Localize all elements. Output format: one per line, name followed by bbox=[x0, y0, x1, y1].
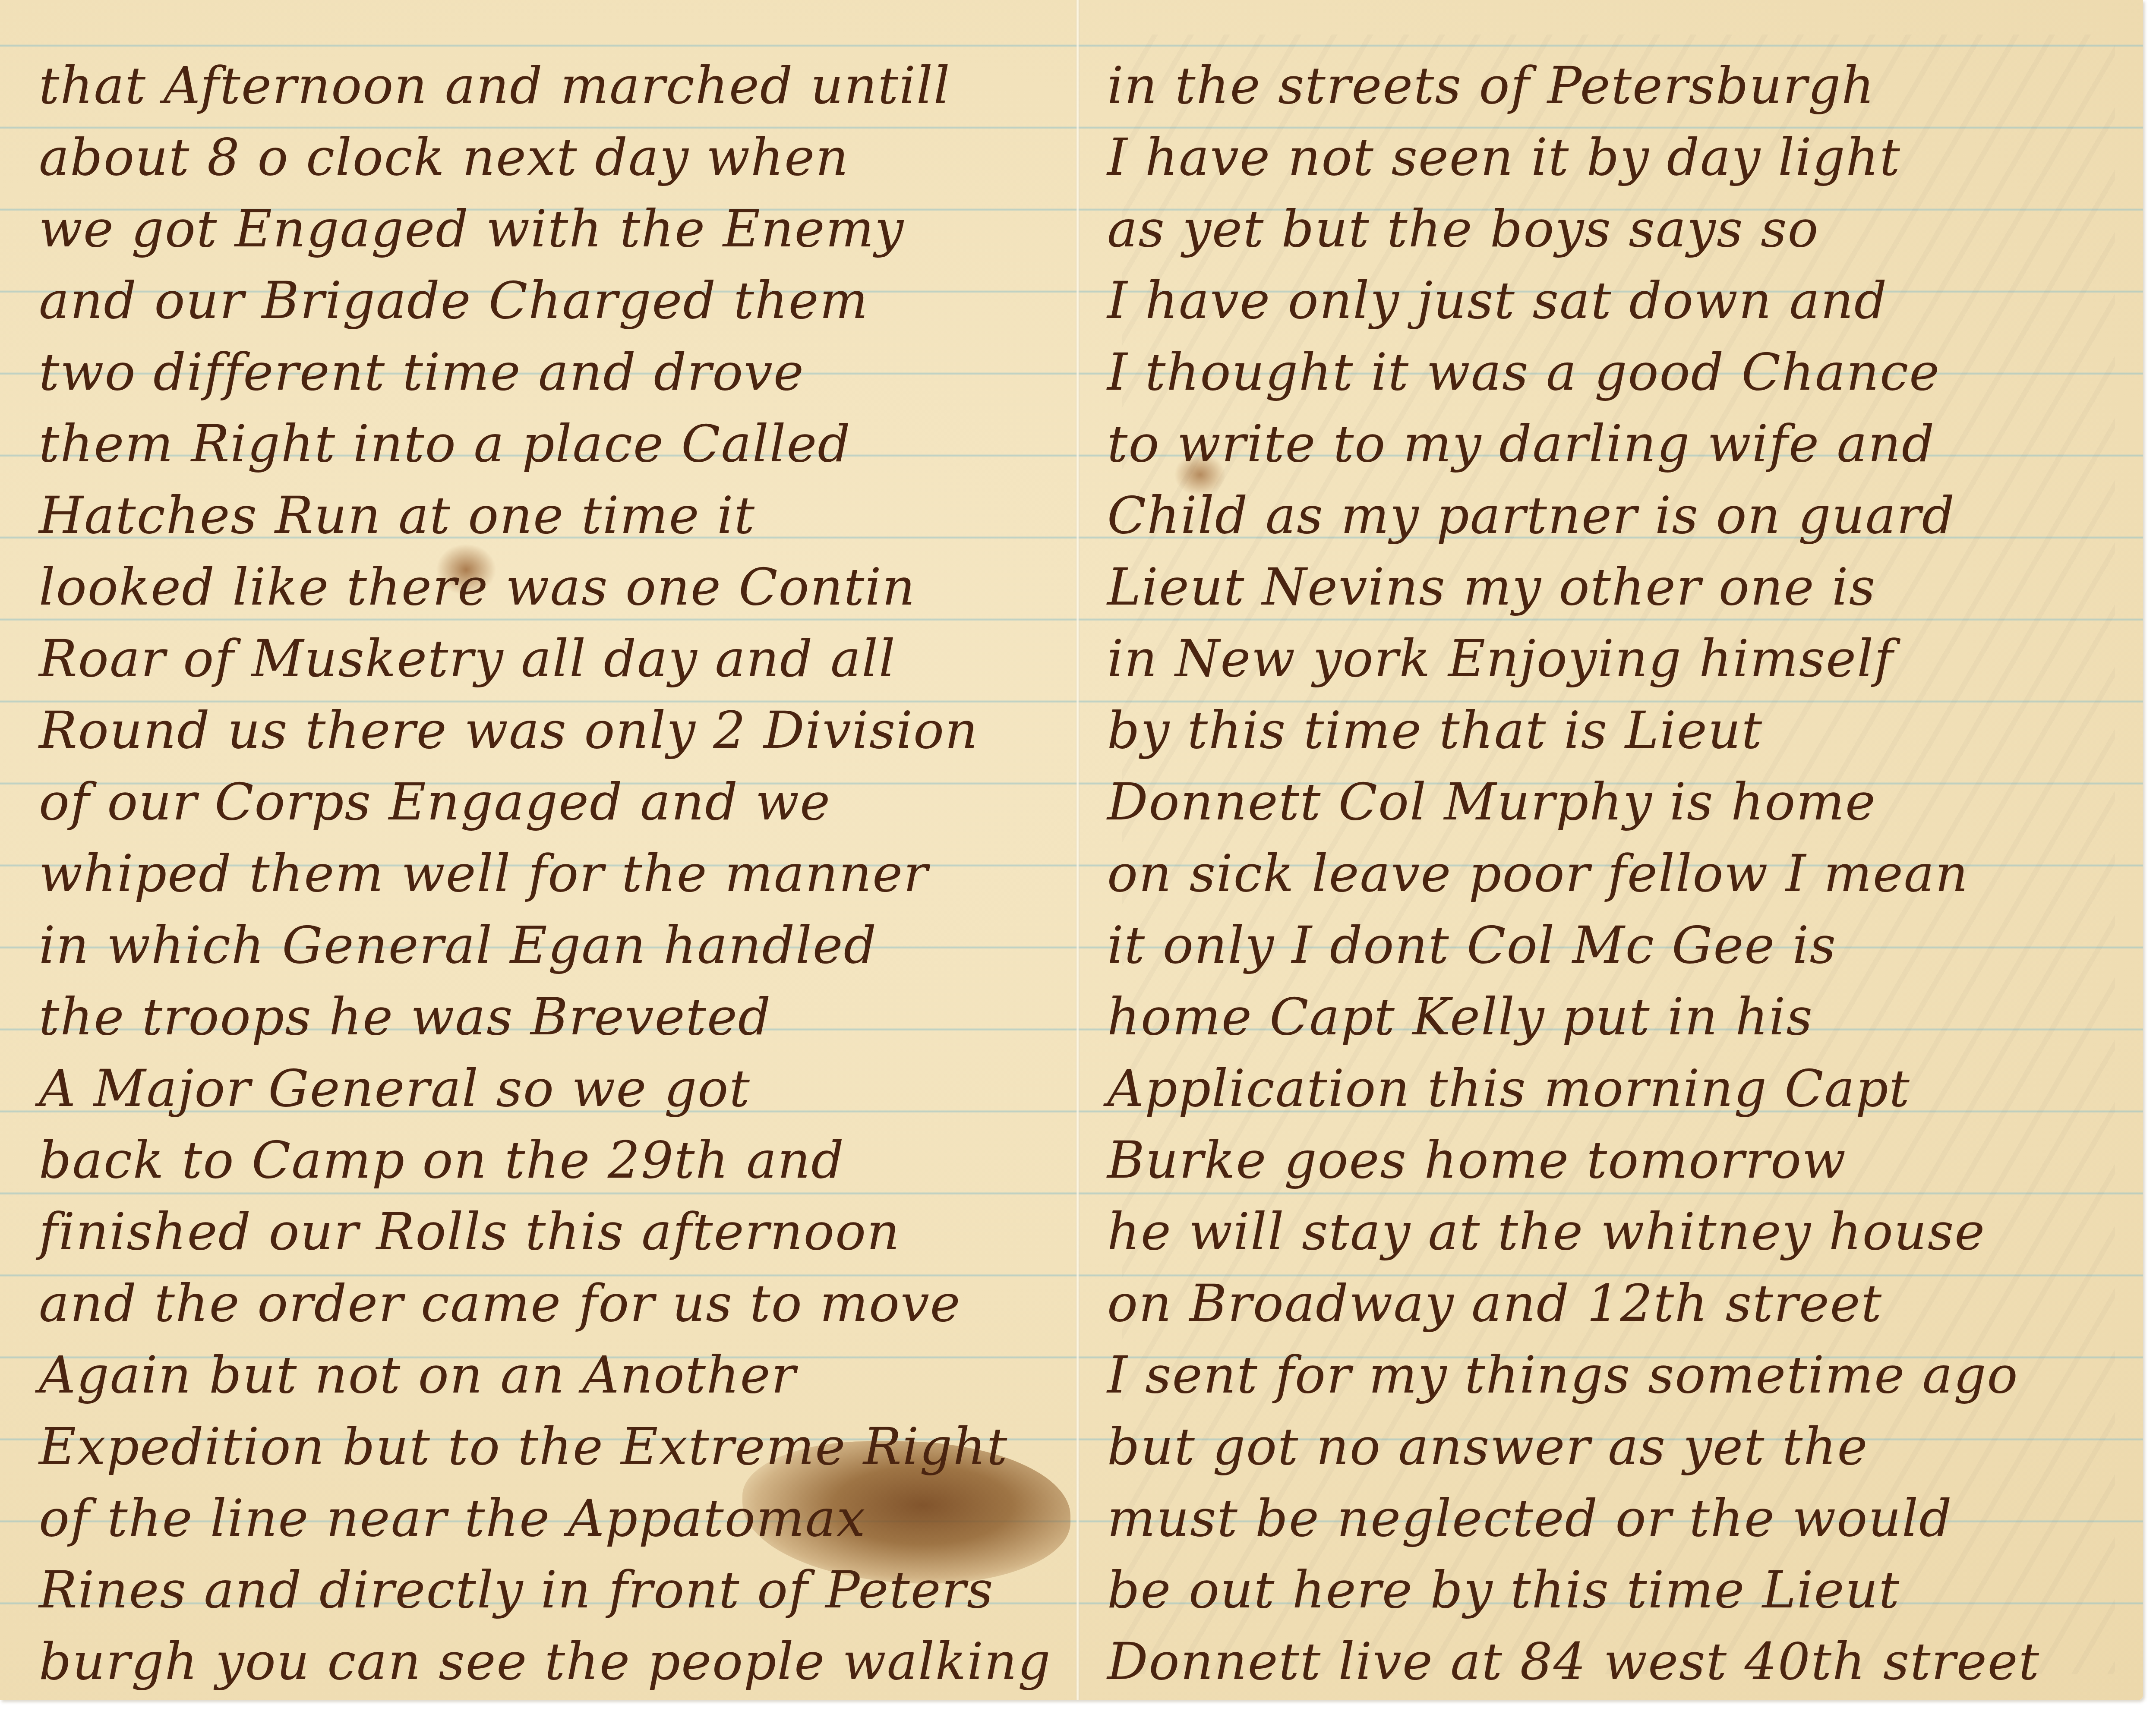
handwritten-line: A Major General so we got bbox=[39, 1049, 1066, 1127]
handwritten-line: I have only just sat down and bbox=[1107, 262, 2134, 339]
handwritten-line: them Right into a place Called bbox=[39, 405, 1066, 482]
handwritten-line: he will stay at the whitney house bbox=[1107, 1193, 2134, 1270]
handwritten-line: Burke goes home tomorrow bbox=[1107, 1121, 2134, 1199]
handwritten-line: home Capt Kelly put in his bbox=[1107, 978, 2134, 1056]
right-page: in the streets of PetersburghI have not … bbox=[1081, 0, 2143, 1700]
handwritten-line: in New york Enjoying himself bbox=[1107, 620, 2134, 697]
handwritten-line: two different time and drove bbox=[39, 333, 1066, 411]
handwritten-line: we got Engaged with the Enemy bbox=[39, 190, 1066, 268]
handwritten-line: Rines and directly in front of Peters bbox=[39, 1551, 1066, 1629]
handwritten-line: about 8 o clock next day when bbox=[39, 118, 1066, 196]
handwritten-line: but got no answer as yet the bbox=[1107, 1408, 2134, 1485]
handwritten-line: Child as my partner is on guard bbox=[1107, 476, 2134, 554]
handwritten-line: whiped them well for the manner bbox=[39, 835, 1066, 912]
handwritten-line: in the streets of Petersburgh bbox=[1107, 47, 2134, 124]
handwritten-line: of the line near the Appatomax bbox=[39, 1479, 1066, 1557]
handwritten-line: Expedition but to the Extreme Right bbox=[39, 1408, 1066, 1485]
handwritten-line: Round us there was only 2 Division bbox=[39, 691, 1066, 769]
handwritten-line: by this time that is Lieut bbox=[1107, 691, 2134, 769]
handwritten-line: Donnett Col Murphy is home bbox=[1107, 763, 2134, 841]
handwritten-line: and the order came for us to move bbox=[39, 1264, 1066, 1342]
handwritten-line: to write to my darling wife and bbox=[1107, 405, 2134, 482]
handwritten-line: Roar of Musketry all day and all bbox=[39, 620, 1066, 697]
center-fold bbox=[1076, 0, 1080, 1700]
handwritten-line: be out here by this time Lieut bbox=[1107, 1551, 2134, 1629]
handwritten-line: Again but not on an Another bbox=[39, 1336, 1066, 1414]
handwritten-line: must be neglected or the would bbox=[1107, 1479, 2134, 1557]
handwritten-line: that Afternoon and marched untill bbox=[39, 47, 1066, 124]
handwritten-line: I have not seen it by day light bbox=[1107, 118, 2134, 196]
handwritten-line: and our Brigade Charged them bbox=[39, 262, 1066, 339]
handwritten-line: as yet but the boys says so bbox=[1107, 190, 2134, 268]
handwritten-line: I thought it was a good Chance bbox=[1107, 333, 2134, 411]
handwritten-line: the troops he was Breveted bbox=[39, 978, 1066, 1056]
handwritten-line: back to Camp on the 29th and bbox=[39, 1121, 1066, 1199]
handwritten-line: Donnett live at 84 west 40th street bbox=[1107, 1623, 2134, 1700]
handwritten-line: finished our Rolls this afternoon bbox=[39, 1193, 1066, 1270]
handwritten-line: on sick leave poor fellow I mean bbox=[1107, 835, 2134, 912]
handwritten-line: of our Corps Engaged and we bbox=[39, 763, 1066, 841]
handwritten-line: I sent for my things sometime ago bbox=[1107, 1336, 2134, 1414]
left-page: that Afternoon and marched untillabout 8… bbox=[0, 0, 1075, 1700]
handwritten-line: on Broadway and 12th street bbox=[1107, 1264, 2134, 1342]
handwritten-line: it only I dont Col Mc Gee is bbox=[1107, 906, 2134, 984]
handwritten-line: burgh you can see the people walking bbox=[39, 1623, 1066, 1700]
handwritten-line: Application this morning Capt bbox=[1107, 1049, 2134, 1127]
handwritten-line: looked like there was one Contin bbox=[39, 548, 1066, 626]
handwritten-line: Hatches Run at one time it bbox=[39, 476, 1066, 554]
letter-sheet: that Afternoon and marched untillabout 8… bbox=[0, 0, 2143, 1700]
handwritten-line: in which General Egan handled bbox=[39, 906, 1066, 984]
handwritten-line: Lieut Nevins my other one is bbox=[1107, 548, 2134, 626]
